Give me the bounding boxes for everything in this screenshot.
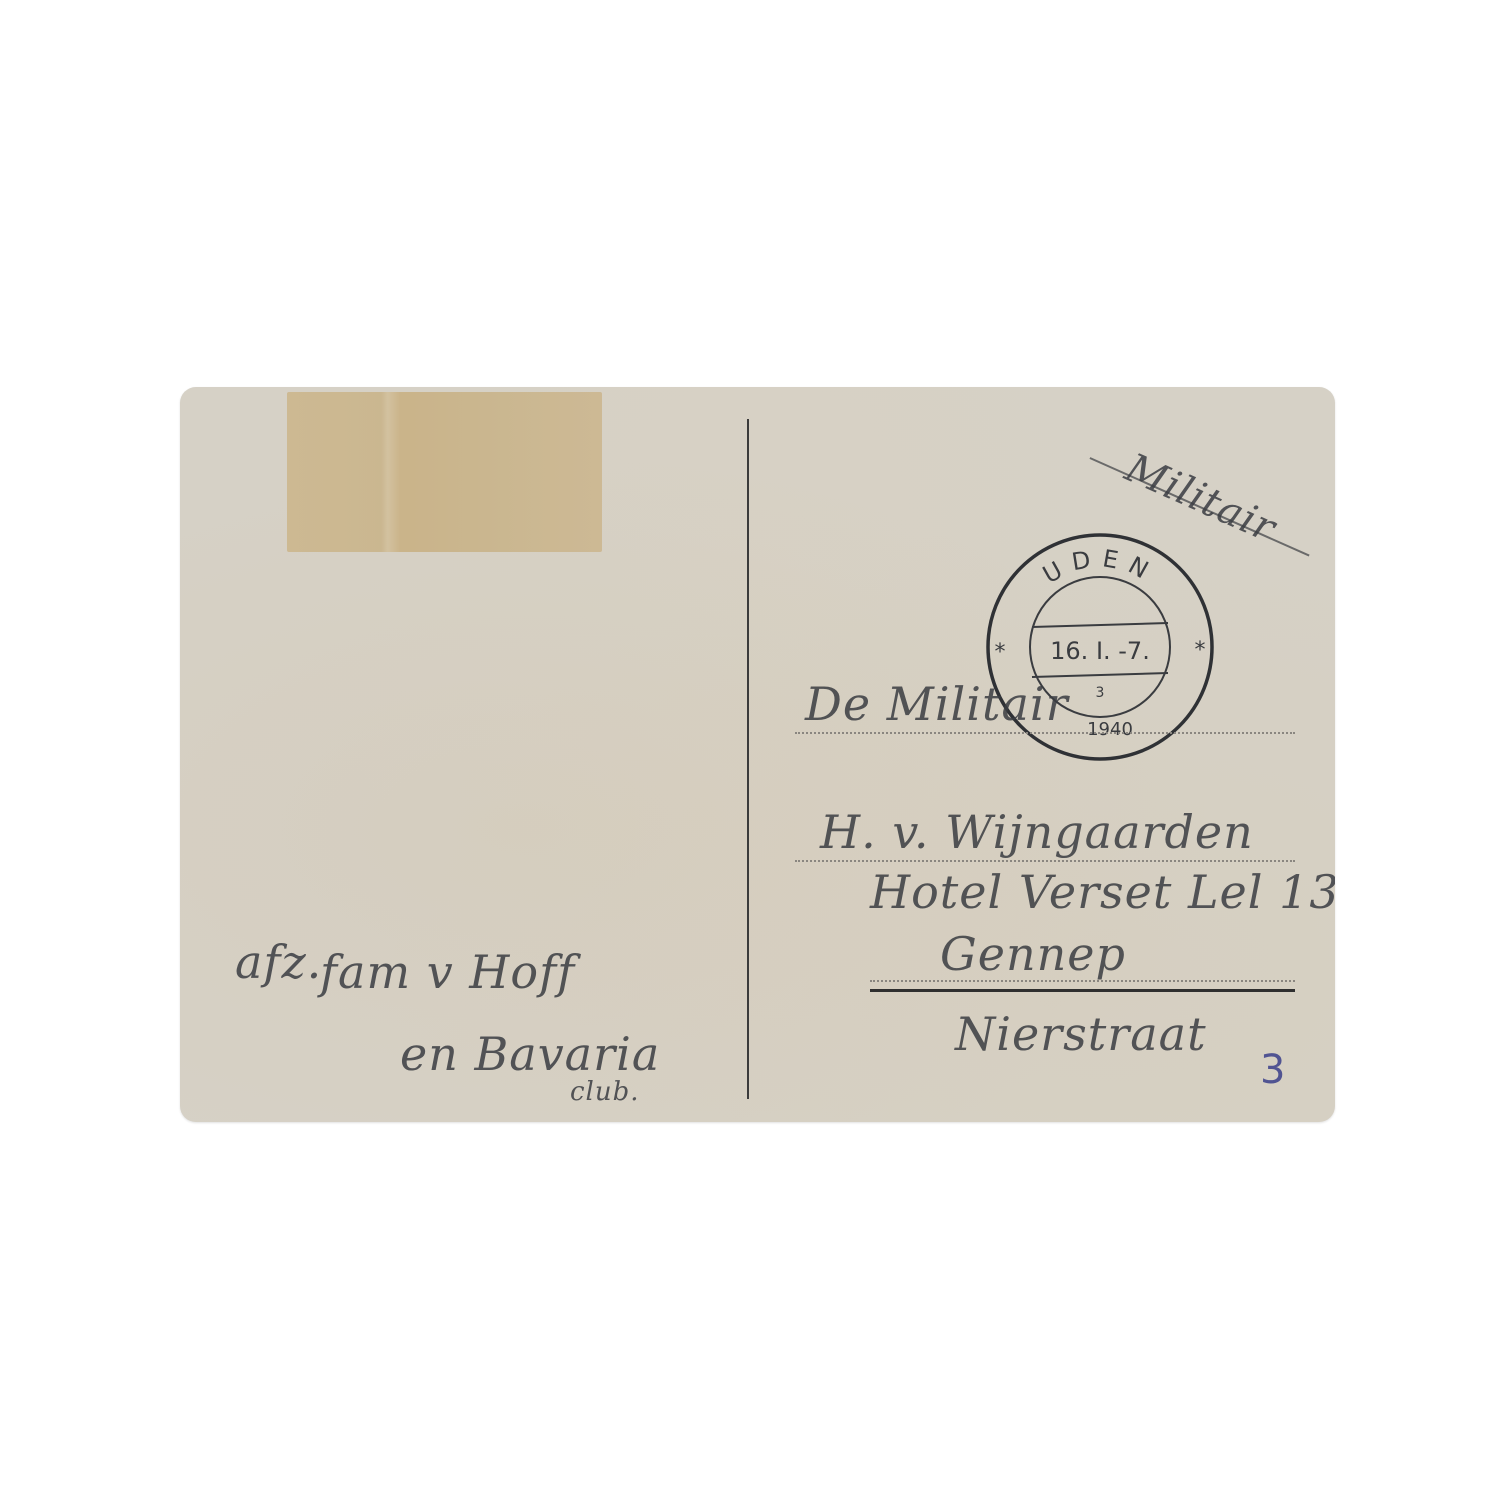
stamp-residue [287,392,602,552]
postmark-stamp: UDEN 16. I. -7. 3 * * 1940 [980,527,1220,767]
address-line-4: Gennep [940,927,1126,981]
sender-line-2: fam v Hoff [320,945,575,999]
svg-text:*: * [995,640,1006,665]
sender-line-4: club. [570,1077,640,1107]
svg-text:1940: 1940 [1087,719,1133,740]
photo-stage: Militair UDEN 16. I. -7. 3 * * 1940 [0,0,1512,1512]
address-line-1-rule [795,732,1295,734]
center-divider-line [747,419,749,1099]
sender-line-3: en Bavaria [400,1027,660,1081]
svg-text:UDEN: UDEN [1038,544,1162,589]
address-house-number: 3 [1260,1047,1286,1093]
address-line-5: Nierstraat [955,1007,1207,1061]
address-line-2: H. v. Wijngaarden [820,805,1254,859]
postcard-back: Militair UDEN 16. I. -7. 3 * * 1940 [180,387,1335,1122]
postmark-icon: UDEN 16. I. -7. 3 * * 1940 [980,527,1220,767]
svg-text:16. I. -7.: 16. I. -7. [1050,637,1150,665]
svg-text:*: * [1195,638,1206,663]
address-line-2-rule [795,860,1295,862]
address-line-1: De Militair [805,677,1069,731]
svg-text:3: 3 [1096,685,1105,701]
address-underline [870,989,1295,992]
address-line-3: Hotel Verset Lel 139 [870,865,1335,919]
sender-line-1: afz. [235,935,322,989]
